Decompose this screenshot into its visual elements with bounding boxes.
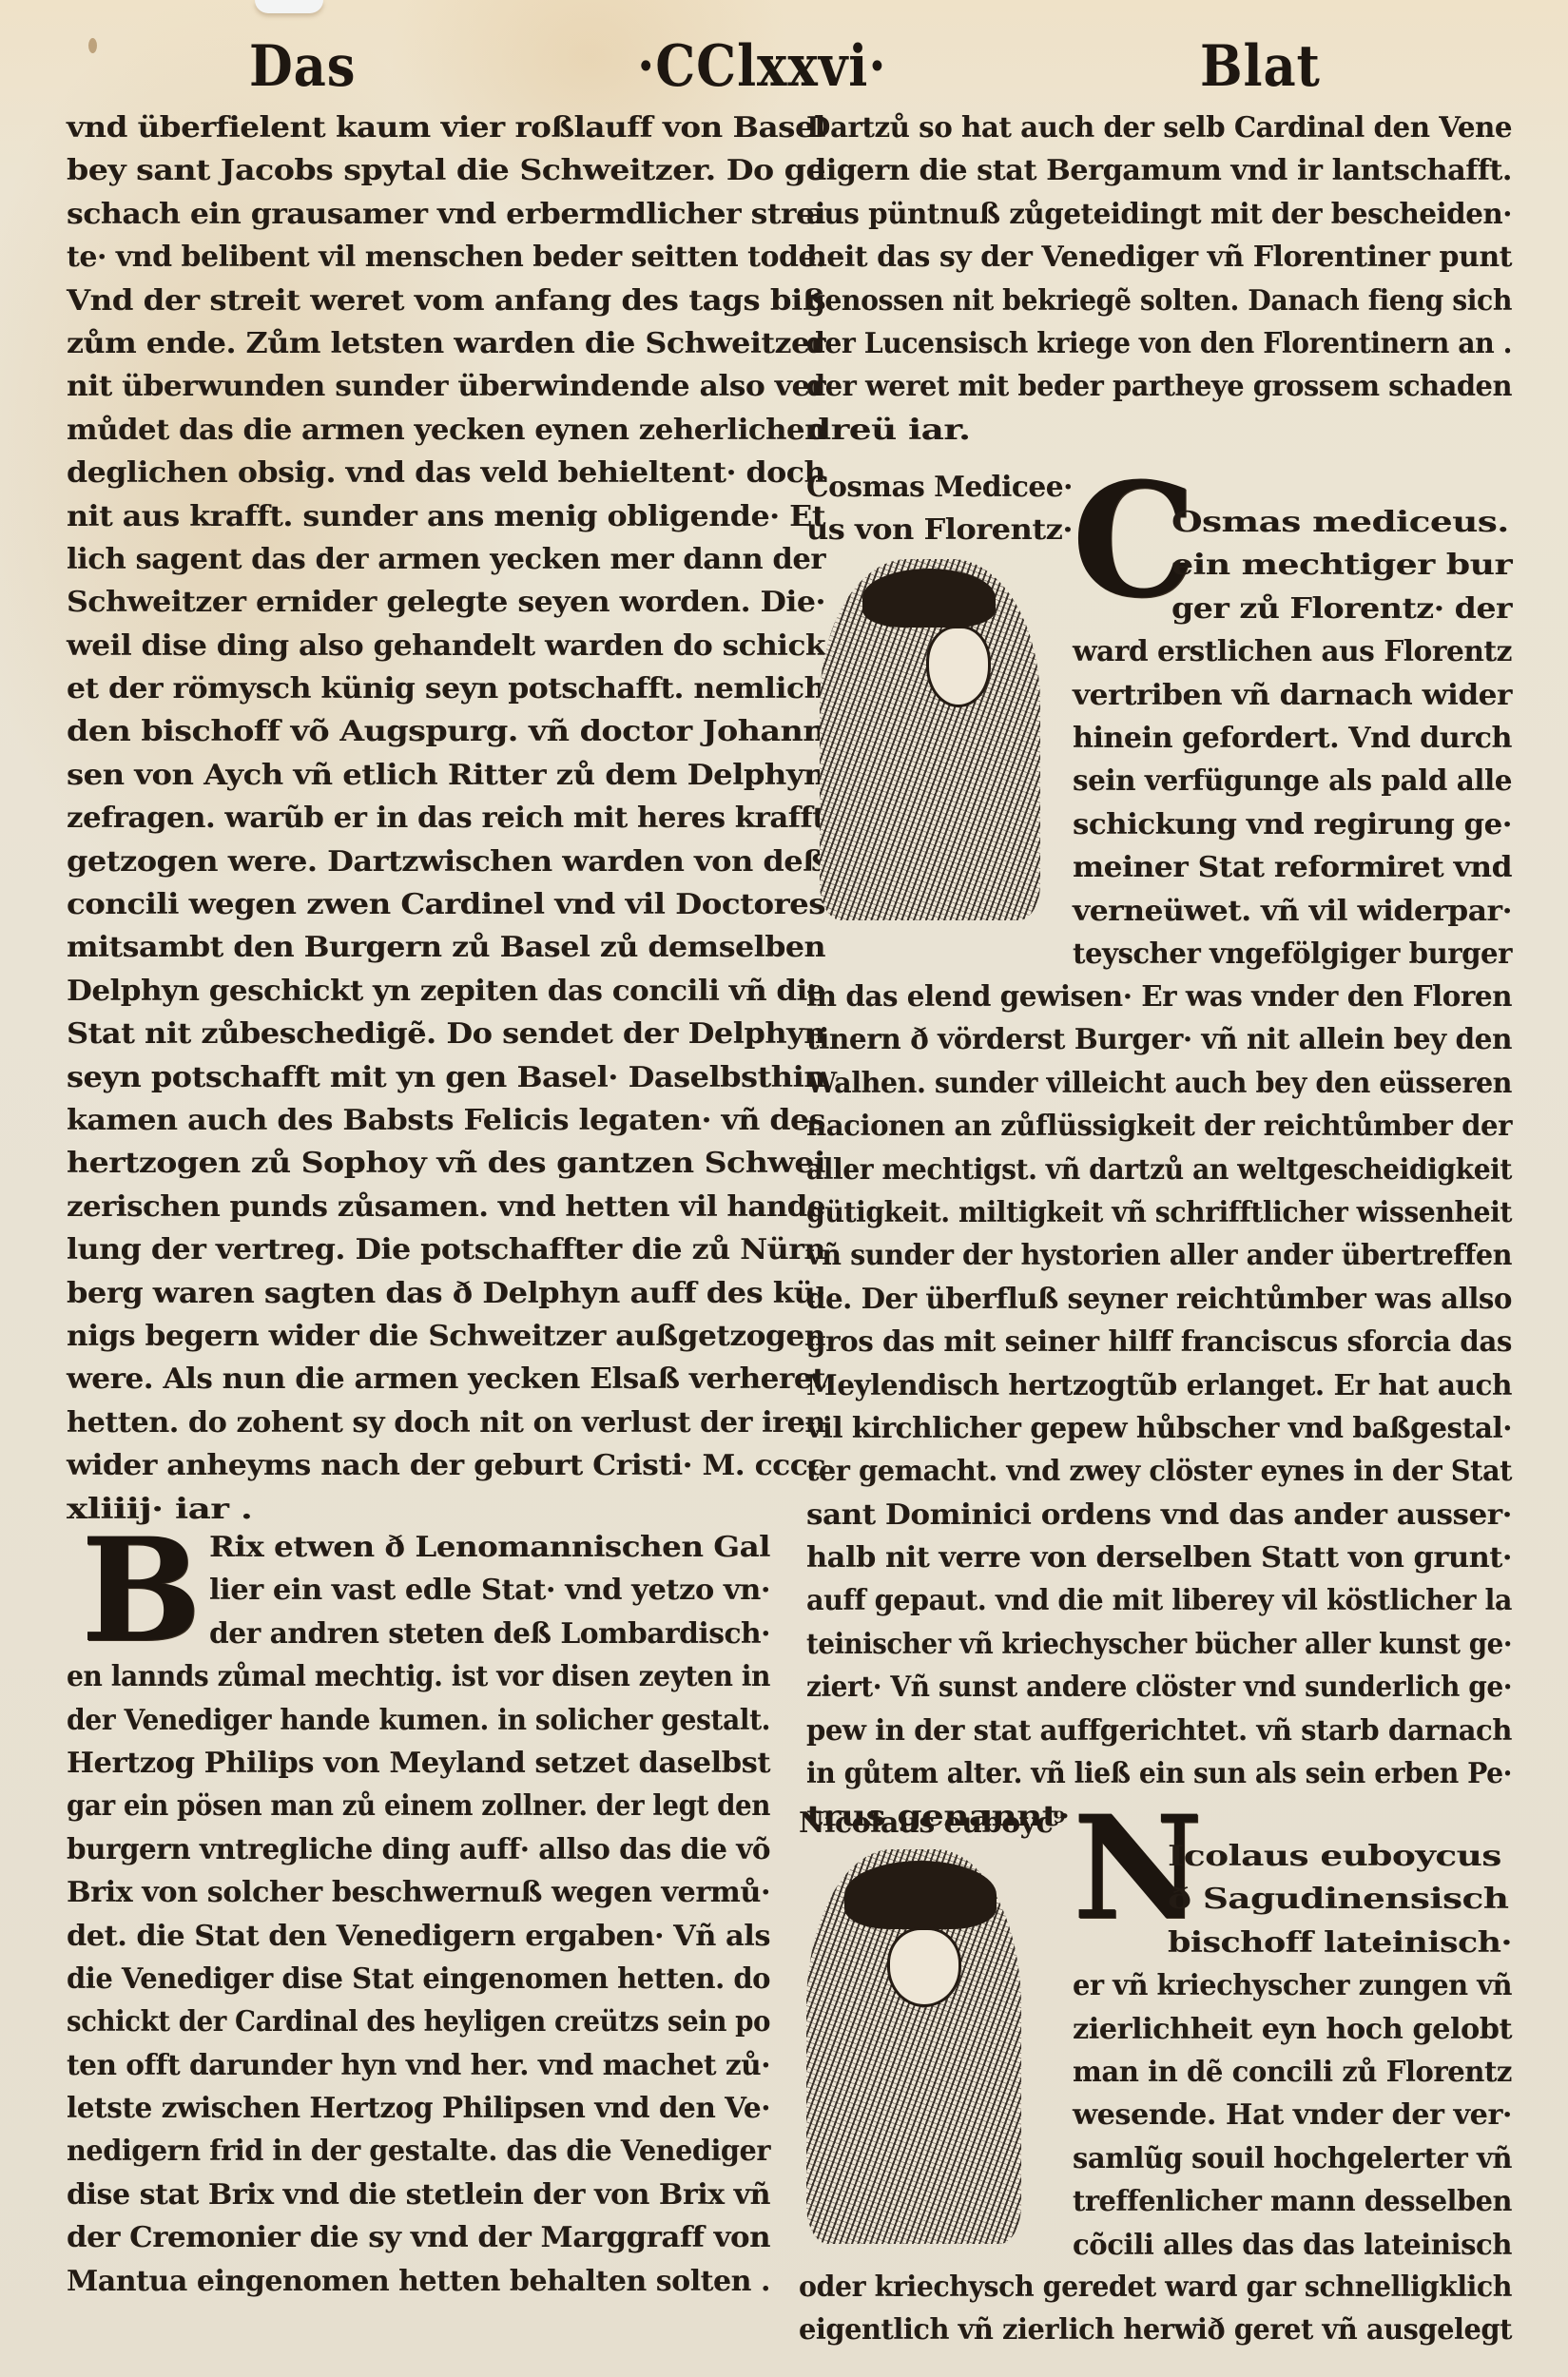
text-line: teinischer vñ kriechyscher bücher aller …	[806, 1623, 1512, 1666]
text-line: det. die Stat den Venedigern ergaben· Vñ…	[67, 1915, 770, 1958]
nicolaus-text-full: oder kriechysch geredet ward gar schnell…	[799, 2266, 1512, 2352]
hat-shape	[862, 569, 996, 628]
text-line: heit das sy der Venediger vñ Florentiner…	[806, 236, 1512, 279]
text-line: en lannds zůmal mechtig. ist vor disen z…	[67, 1655, 770, 1698]
text-line: der Lucensisch kriege von den Florentine…	[806, 322, 1512, 365]
text-line: bey sant Jacobs spytal die Schweitzer. D…	[67, 149, 825, 192]
portrait-woodcut-nicolaus	[806, 1849, 1021, 2244]
cosimo-text-full: in das elend gewisen· Er was vnder den F…	[806, 976, 1512, 1839]
text-line: aus püntnuß zůgeteidingt mit der beschei…	[806, 193, 1512, 236]
text-line: oder kriechysch geredet ward gar schnell…	[799, 2266, 1512, 2309]
running-header: Das ·CClxxvi· Blat	[0, 29, 1568, 105]
nicolaus-caption: Nicolaus euboyc⁹	[799, 1802, 1065, 1845]
text-line: zefragen. warũb er in das reich mit here…	[67, 797, 825, 840]
text-line: lung der vertreg. Die potschaffter die z…	[67, 1228, 825, 1271]
text-line: letste zwischen Hertzog Philipsen vnd de…	[67, 2087, 770, 2130]
paper-tear	[255, 0, 323, 13]
text-line: ger zů Florentz· der	[1073, 588, 1512, 630]
text-line: nigs begern wider die Schweitzer außgetz…	[67, 1315, 825, 1358]
text-line: vil kirchlicher gepew hůbscher vnd baßge…	[806, 1407, 1512, 1450]
text-line: hertzogen zů Sophoy vñ des gantzen Schwe…	[67, 1142, 825, 1185]
text-line: wesende. Hat vnder der ver·	[1073, 2094, 1512, 2136]
text-line: der Cremonier die sy vnd der Marggraff v…	[67, 2216, 770, 2259]
text-line: genossen nit bekriegẽ solten. Danach fie…	[806, 280, 1512, 322]
text-line: Icolaus euboycus	[1073, 1835, 1512, 1878]
cosimo-caption: Cosmas Medicee· us von Florentz·	[806, 466, 1073, 552]
book-page: Das ·CClxxvi· Blat vnd überfielent kaum …	[0, 0, 1568, 2377]
text-line: verneüwet. vñ vil widerpar·	[1073, 890, 1512, 933]
text-line: sen von Aych vñ etlich Ritter zů dem Del…	[67, 754, 825, 797]
text-line: ein mechtiger bur	[1073, 544, 1512, 587]
face-shape	[887, 1927, 961, 2007]
text-line: teyscher vngefölgiger burger	[1073, 933, 1512, 976]
text-line: eigentlich vñ zierlich herwið geret vñ a…	[799, 2309, 1512, 2351]
text-line: Vnd der streit weret vom anfang des tags…	[67, 280, 825, 322]
text-line: vnd überfielent kaum vier roßlauff von B…	[67, 106, 825, 149]
text-line: ten offt darunder hyn vnd her. vnd mache…	[67, 2044, 770, 2087]
text-line: deglichen obsig. vnd das veld behieltent…	[67, 452, 825, 494]
text-line: ter gemacht. vnd zwey clöster eynes in d…	[806, 1450, 1512, 1493]
text-line: aller mechtigst. vñ dartzů an weltgesche…	[806, 1149, 1512, 1191]
text-line: můdet das die armen yecken eynen zeherli…	[67, 409, 825, 452]
text-line: vertriben vñ darnach wider	[1073, 674, 1512, 717]
text-line: halb nit verre von derselben Statt von g…	[806, 1536, 1512, 1579]
header-left-word: Das	[249, 29, 356, 105]
text-line: concili wegen zwen Cardinel vnd vil Doct…	[67, 883, 825, 926]
text-line: man in dẽ concili zů Florentz	[1073, 2051, 1512, 2094]
text-line: seyn potschafft mit yn gen Basel· Daselb…	[67, 1056, 825, 1099]
text-line: tinern ð vörderst Burger· vñ nit allein …	[806, 1018, 1512, 1061]
text-line: gütigkeit. miltigkeit vñ schrifftlicher …	[806, 1191, 1512, 1234]
text-line: gar ein pösen man zů einem zollner. der …	[67, 1785, 770, 1827]
text-line: nit überwunden sunder überwindende also …	[67, 365, 825, 408]
folio-number: ·CClxxvi·	[637, 29, 886, 105]
text-line: Hertzog Philips von Meyland setzet dasel…	[67, 1742, 770, 1785]
text-line: kamen auch des Babsts Felicis legaten· v…	[67, 1099, 825, 1142]
text-line: Schweitzer ernider gelegte seyen worden.…	[67, 581, 825, 624]
text-line: dise stat Brix vnd die stetlein der von …	[67, 2174, 770, 2216]
text-line: were. Als nun die armen yecken Elsaß ver…	[67, 1358, 825, 1401]
basel-battle-paragraph: vnd überfielent kaum vier roßlauff von B…	[67, 106, 825, 1531]
text-line: der andren steten deß Lombardisch·	[67, 1613, 770, 1655]
text-line: zům ende. Zům letsten warden die Schweit…	[67, 322, 825, 365]
text-line: et der römysch künig seyn potschafft. ne…	[67, 667, 825, 710]
text-line: mitsambt den Burgern zů Basel zů demselb…	[67, 926, 825, 969]
bergamo-paragraph: Dartzů so hat auch der selb Cardinal den…	[806, 106, 1512, 452]
text-line: de. Der überfluß seyner reichtůmber was …	[806, 1278, 1512, 1321]
text-line: burgern vntregliche ding auff· allso das…	[67, 1828, 770, 1871]
text-line: ziert· Vñ sunst andere clöster vnd sunde…	[806, 1666, 1512, 1709]
text-line: Brix von solcher beschwernuß wegen vermů…	[67, 1871, 770, 1914]
text-line: zierlichheit eyn hoch gelobt	[1073, 2008, 1512, 2051]
text-line: schach ein grausamer vnd erbermdlicher s…	[67, 193, 825, 236]
text-line: Stat nit zůbeschedigẽ. Do sendet der Del…	[67, 1013, 825, 1055]
nicolaus-text-beside: Icolaus euboycus ð Sagudinensisch bischo…	[1073, 1835, 1512, 2267]
text-line: samlũg souil hochgelerter vñ	[1073, 2137, 1512, 2180]
text-line: cõcili alles das das lateinisch	[1073, 2224, 1512, 2267]
text-line: Meylendisch hertzogtũb erlanget. Er hat …	[806, 1364, 1512, 1407]
portrait-woodcut-cosimo	[820, 559, 1040, 920]
text-line: ward erstlichen aus Florentz	[1073, 630, 1512, 673]
text-line: Mantua eingenomen hetten behalten solten…	[67, 2260, 770, 2303]
text-line: Dartzů so hat auch der selb Cardinal den…	[806, 106, 1512, 149]
text-line: der weret mit beder partheye grossem sch…	[806, 365, 1512, 408]
text-line: wider anheyms nach der geburt Cristi· M.…	[67, 1444, 825, 1487]
hat-shape	[844, 1861, 997, 1929]
text-line: te· vnd belibent vil menschen beder seit…	[67, 236, 825, 279]
text-line: pew in der stat auffgerichtet. vñ starb …	[806, 1710, 1512, 1752]
text-line: den bischoff võ Augspurg. vñ doctor Joha…	[67, 710, 825, 753]
text-line: meiner Stat reformiret vnd	[1073, 846, 1512, 889]
text-line: Walhen. sunder villeicht auch bey den eü…	[806, 1062, 1512, 1105]
text-line: zerischen punds zůsamen. vnd hetten vil …	[67, 1186, 825, 1228]
caption-line: Cosmas Medicee·	[806, 466, 1073, 509]
text-line: weil dise ding also gehandelt warden do …	[67, 625, 825, 667]
caption-line: Nicolaus euboyc⁹	[799, 1802, 1065, 1845]
text-line: bischoff lateinisch·	[1073, 1922, 1512, 1964]
text-line: auff gepaut. vnd die mit liberey vil kös…	[806, 1579, 1512, 1622]
brixen-paragraph: Rix etwen ð Lenomannischen Gal lier ein …	[67, 1526, 770, 2303]
text-line: der Venediger hande kumen. in solicher g…	[67, 1699, 770, 1742]
text-line: hinein gefordert. Vnd durch	[1073, 717, 1512, 760]
text-line: Rix etwen ð Lenomannischen Gal	[67, 1526, 770, 1569]
text-line: lich sagent das der armen yecken mer dan…	[67, 538, 825, 581]
text-line: lier ein vast edle Stat· vnd yetzo vn·	[67, 1569, 770, 1612]
text-line: er vñ kriechyscher zungen vñ	[1073, 1964, 1512, 2007]
text-line: schickung vnd regirung ge·	[1073, 803, 1512, 846]
text-line: hetten. do zohent sy doch nit on verlust…	[67, 1401, 825, 1444]
text-line: vñ sunder der hystorien aller ander über…	[806, 1234, 1512, 1277]
text-line: berg waren sagten das ð Delphyn auff des…	[67, 1272, 825, 1315]
text-line: ð Sagudinensisch	[1073, 1878, 1512, 1921]
text-line: schickt der Cardinal des heyligen creütz…	[67, 2000, 770, 2043]
text-line: sein verfügunge als pald alle	[1073, 760, 1512, 802]
text-line: nit aus krafft. sunder ans menig obligen…	[67, 495, 825, 538]
text-line: in das elend gewisen· Er was vnder den F…	[806, 976, 1512, 1018]
text-line: digern die stat Bergamum vnd ir lantscha…	[806, 149, 1512, 192]
text-line: die Venediger dise Stat eingenomen hette…	[67, 1958, 770, 2000]
text-line: sant Dominici ordens vnd das ander ausse…	[806, 1494, 1512, 1536]
text-line: dreü iar.	[806, 409, 1512, 452]
text-line: Delphyn geschickt yn zepiten das concili…	[67, 970, 825, 1013]
text-line: nacionen an zůflüssigkeit der reichtůmbe…	[806, 1105, 1512, 1148]
cosimo-text-beside: Osmas mediceus. ein mechtiger bur ger zů…	[1073, 501, 1512, 976]
header-right-word: Blat	[1200, 29, 1321, 105]
caption-line: us von Florentz·	[806, 509, 1073, 551]
text-line: nedigern frid in der gestalte. das die V…	[67, 2130, 770, 2173]
text-line: Osmas mediceus.	[1073, 501, 1512, 544]
text-line: gros das mit seiner hilff franciscus sfo…	[806, 1321, 1512, 1363]
face-shape	[926, 626, 991, 707]
text-line: getzogen were. Dartzwischen warden von d…	[67, 841, 825, 883]
text-line: treffenlicher mann desselben	[1073, 2180, 1512, 2223]
